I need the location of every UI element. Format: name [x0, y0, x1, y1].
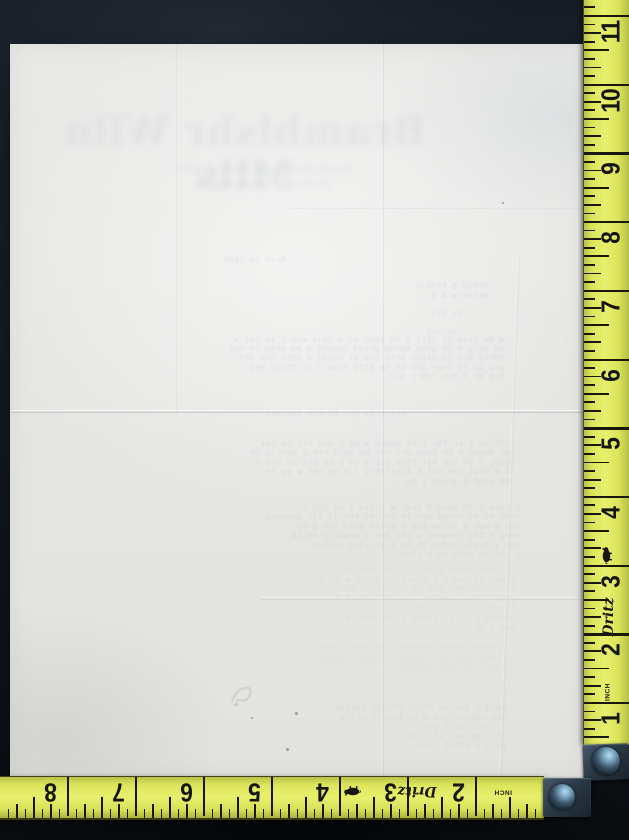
ruler-tick — [584, 350, 595, 352]
ruler-tick — [584, 642, 595, 644]
ruler-tick — [584, 298, 595, 300]
ruler-tick — [584, 693, 595, 695]
ruler-tick — [186, 804, 188, 818]
ruler-tick — [584, 41, 595, 43]
ruler-tick — [584, 92, 595, 94]
ruler-tick — [584, 247, 595, 249]
ruler-tick — [288, 804, 290, 818]
ruler-tick — [8, 809, 10, 818]
ruler-tick — [584, 324, 609, 326]
ruler-tick — [584, 668, 609, 670]
ruler-tick — [584, 341, 601, 343]
ruler-tick — [584, 470, 595, 472]
ruler-tick — [584, 530, 609, 532]
ruler-tick — [501, 809, 503, 818]
ruler-tick — [584, 479, 601, 481]
inch-number: 2 — [596, 644, 627, 656]
inch-line — [584, 290, 629, 292]
ghost-text-block: vry trly yrs th sls dprtmnt — [76, 410, 406, 419]
ruler-tick — [169, 797, 171, 818]
ruler-tick — [584, 367, 595, 369]
paper: Bramblshr Wlln Mllsmnfctrrs f fn wrstd g… — [10, 44, 584, 778]
inch-number: 9 — [596, 163, 627, 175]
inch-line — [584, 221, 629, 223]
ghost-text-block: w hv rcvd yr lttr f th tnth nd n rply ws… — [72, 336, 504, 382]
pig-icon — [343, 781, 361, 799]
ruler-tick — [509, 797, 511, 818]
inch-number: 5 — [596, 438, 627, 450]
ruler-tick — [535, 809, 537, 818]
ruler-tick — [331, 809, 333, 818]
ruler-tick — [584, 504, 595, 506]
inch-number: 7 — [113, 777, 125, 808]
ruler-tick — [212, 809, 214, 818]
ruler-tick — [518, 809, 520, 818]
ruler-tick — [382, 809, 384, 818]
ruler-tick — [584, 264, 595, 266]
pig-icon — [599, 546, 617, 564]
inch-number: 1 — [596, 713, 627, 725]
inch-unit-label: INCH — [494, 789, 512, 796]
inch-number: 6 — [181, 777, 193, 808]
ruler-tick — [584, 49, 609, 51]
ruler-tick — [458, 804, 460, 818]
ruler-tick — [76, 809, 78, 818]
inch-number: 5 — [249, 777, 261, 808]
ruler-tick — [584, 711, 595, 713]
grommet — [591, 747, 620, 776]
ruler-tick — [584, 728, 595, 730]
ruler-tick — [492, 804, 494, 818]
inch-line — [271, 777, 273, 816]
ruler-tick — [584, 333, 595, 335]
ghost-text-block: n rgrd t th qstn f crdt w r pls t sy tht… — [72, 504, 520, 560]
ink-speck — [286, 748, 289, 751]
ruler-tick — [584, 75, 595, 77]
ruler-tick — [101, 797, 103, 818]
inch-number: 10 — [596, 89, 627, 113]
ghost-text-block: rfrrng t yr fvr f th svnth w bg t dvs th… — [96, 440, 510, 487]
ruler-tick — [584, 144, 595, 146]
ruler-tick — [263, 809, 265, 818]
ruler-tick — [584, 6, 595, 8]
inch-number: 4 — [596, 507, 627, 519]
ruler-tick — [584, 462, 609, 464]
ruler-tick — [584, 195, 595, 197]
horizontal-ruler: 2345678DritzINCH — [0, 776, 544, 820]
ruler-tick — [584, 178, 595, 180]
ruler-tick — [254, 804, 256, 818]
ghost-text-block: mnfctrrs f fn wrstd gds strbrdg msschstt… — [138, 162, 388, 192]
ruler-tick — [127, 809, 129, 818]
ruler-tick — [416, 809, 418, 818]
inch-number: 11 — [596, 21, 627, 43]
inch-line — [584, 152, 629, 154]
ruler-tick — [441, 797, 443, 818]
ruler-tick — [584, 659, 595, 661]
ruler-tick — [50, 804, 52, 818]
ruler-tick — [584, 384, 595, 386]
ruler-tick — [584, 67, 601, 69]
inch-line — [584, 15, 629, 17]
ruler-tick — [584, 616, 601, 618]
grommet — [549, 784, 575, 810]
ruler-tick — [584, 187, 609, 189]
ruler-tick — [110, 809, 112, 818]
ruler-tick — [399, 809, 401, 818]
vertical-ruler: 1234567891011DritzINCH — [583, 0, 629, 745]
ruler-tick — [584, 230, 595, 232]
ruler-tick — [584, 109, 595, 111]
ruler-tick — [229, 809, 231, 818]
ruler-tick — [178, 809, 180, 818]
inch-line — [339, 777, 341, 816]
inch-line — [584, 496, 629, 498]
ruler-tick — [526, 804, 528, 818]
horizontal-ruler-metal-end — [543, 778, 591, 817]
inch-line — [67, 777, 69, 816]
ruler-tick — [93, 809, 95, 818]
ghost-text-block: th smpls whch y snt hv bn xmnd by r slsm… — [76, 566, 516, 633]
ink-speck — [295, 712, 298, 715]
inch-number: 3 — [385, 777, 397, 808]
ruler-tick — [584, 453, 595, 455]
ruler-tick — [584, 118, 609, 120]
ruler-tick — [467, 809, 469, 818]
inch-line — [584, 84, 629, 86]
ruler-tick — [584, 625, 595, 627]
ruler-tick — [584, 522, 595, 524]
ruler-tick — [152, 804, 154, 818]
ruler-tick — [584, 590, 595, 592]
inch-unit-label: INCH — [605, 683, 612, 701]
ruler-tick — [584, 608, 595, 610]
ruler-tick — [161, 809, 163, 818]
ink-speck — [251, 717, 253, 719]
ruler-tick — [584, 135, 601, 137]
ghost-text-block: w nclse hrwth sttmnt f yr ccnt t dt shwn… — [74, 644, 504, 673]
brand-label: Dritz — [397, 783, 436, 799]
inch-number: 6 — [596, 370, 627, 382]
ruler-tick — [584, 58, 595, 60]
ruler-tick — [16, 804, 18, 818]
ghost-text-block: Grnld B Frnkln Wstbrrw N B — [378, 282, 488, 301]
ruler-tick — [305, 797, 307, 818]
fold-crease-horizontal-upper — [290, 206, 584, 209]
inch-line — [584, 702, 629, 704]
inch-number: 8 — [596, 232, 627, 244]
ruler-tick — [584, 255, 609, 257]
ghost-text-block: Mrch 14 1S2S — [196, 256, 286, 265]
ghost-text-block: Dr Srs — [392, 310, 462, 319]
ruler-tick — [584, 401, 595, 403]
ruler-tick — [424, 804, 426, 818]
ruler-tick — [246, 809, 248, 818]
ruler-tick — [314, 809, 316, 818]
brand-label: Dritz — [601, 597, 617, 636]
ruler-tick — [584, 556, 595, 558]
ruler-tick — [584, 281, 595, 283]
ruler-tick — [220, 804, 222, 818]
inch-line — [203, 777, 205, 816]
ruler-tick — [118, 804, 120, 818]
ruler-tick — [584, 161, 595, 163]
ruler-tick — [59, 809, 61, 818]
ink-speck — [502, 202, 504, 204]
inch-line — [584, 359, 629, 361]
ruler-tick — [584, 393, 609, 395]
inch-line — [584, 565, 629, 567]
ruler-tick — [584, 436, 595, 438]
ruler-tick — [280, 809, 282, 818]
ruler-tick — [365, 809, 367, 818]
ruler-tick — [237, 797, 239, 818]
ruler-tick — [584, 316, 595, 318]
ruler-tick — [584, 213, 595, 215]
inch-line — [135, 777, 137, 816]
ruler-tick — [584, 273, 601, 275]
ruler-tick — [450, 809, 452, 818]
ruler-tick — [356, 804, 358, 818]
ruler-tick — [584, 410, 601, 412]
ruler-tick — [297, 809, 299, 818]
inch-line — [475, 777, 477, 816]
inch-number: 8 — [45, 777, 57, 808]
ruler-tick — [144, 809, 146, 818]
ruler-tick — [584, 676, 595, 678]
inch-number: 3 — [596, 576, 627, 588]
ruler-tick — [584, 24, 595, 26]
ruler-tick — [584, 573, 595, 575]
ruler-tick — [584, 127, 595, 129]
ruler-tick — [195, 809, 197, 818]
ruler-tick — [584, 419, 595, 421]
ruler-tick — [373, 797, 375, 818]
ruler-tick — [348, 809, 350, 818]
inch-number: 7 — [596, 301, 627, 313]
ruler-tick — [584, 736, 609, 738]
ruler-tick — [584, 204, 601, 206]
ruler-tick — [42, 809, 44, 818]
ruler-tick — [322, 804, 324, 818]
vertical-ruler-metal-end — [582, 743, 629, 781]
ruler-tick — [584, 685, 601, 687]
ruler-tick — [390, 804, 392, 818]
ruler-tick — [484, 809, 486, 818]
ruler-tick — [433, 809, 435, 818]
ruler-tick — [584, 539, 595, 541]
inch-number: 4 — [317, 777, 329, 808]
ruler-tick — [33, 797, 35, 818]
ruler-tick — [584, 487, 595, 489]
photo-background: Bramblshr Wlln Mllsmnfctrrs f fn wrstd g… — [0, 0, 629, 840]
ruler-tick — [84, 804, 86, 818]
ghost-text-block: shld y dsr ny frthr nfrmtn rgrdng ths sh… — [76, 704, 506, 752]
ruler-tick — [25, 809, 27, 818]
inch-line — [584, 427, 629, 429]
inch-number: 2 — [453, 777, 465, 808]
